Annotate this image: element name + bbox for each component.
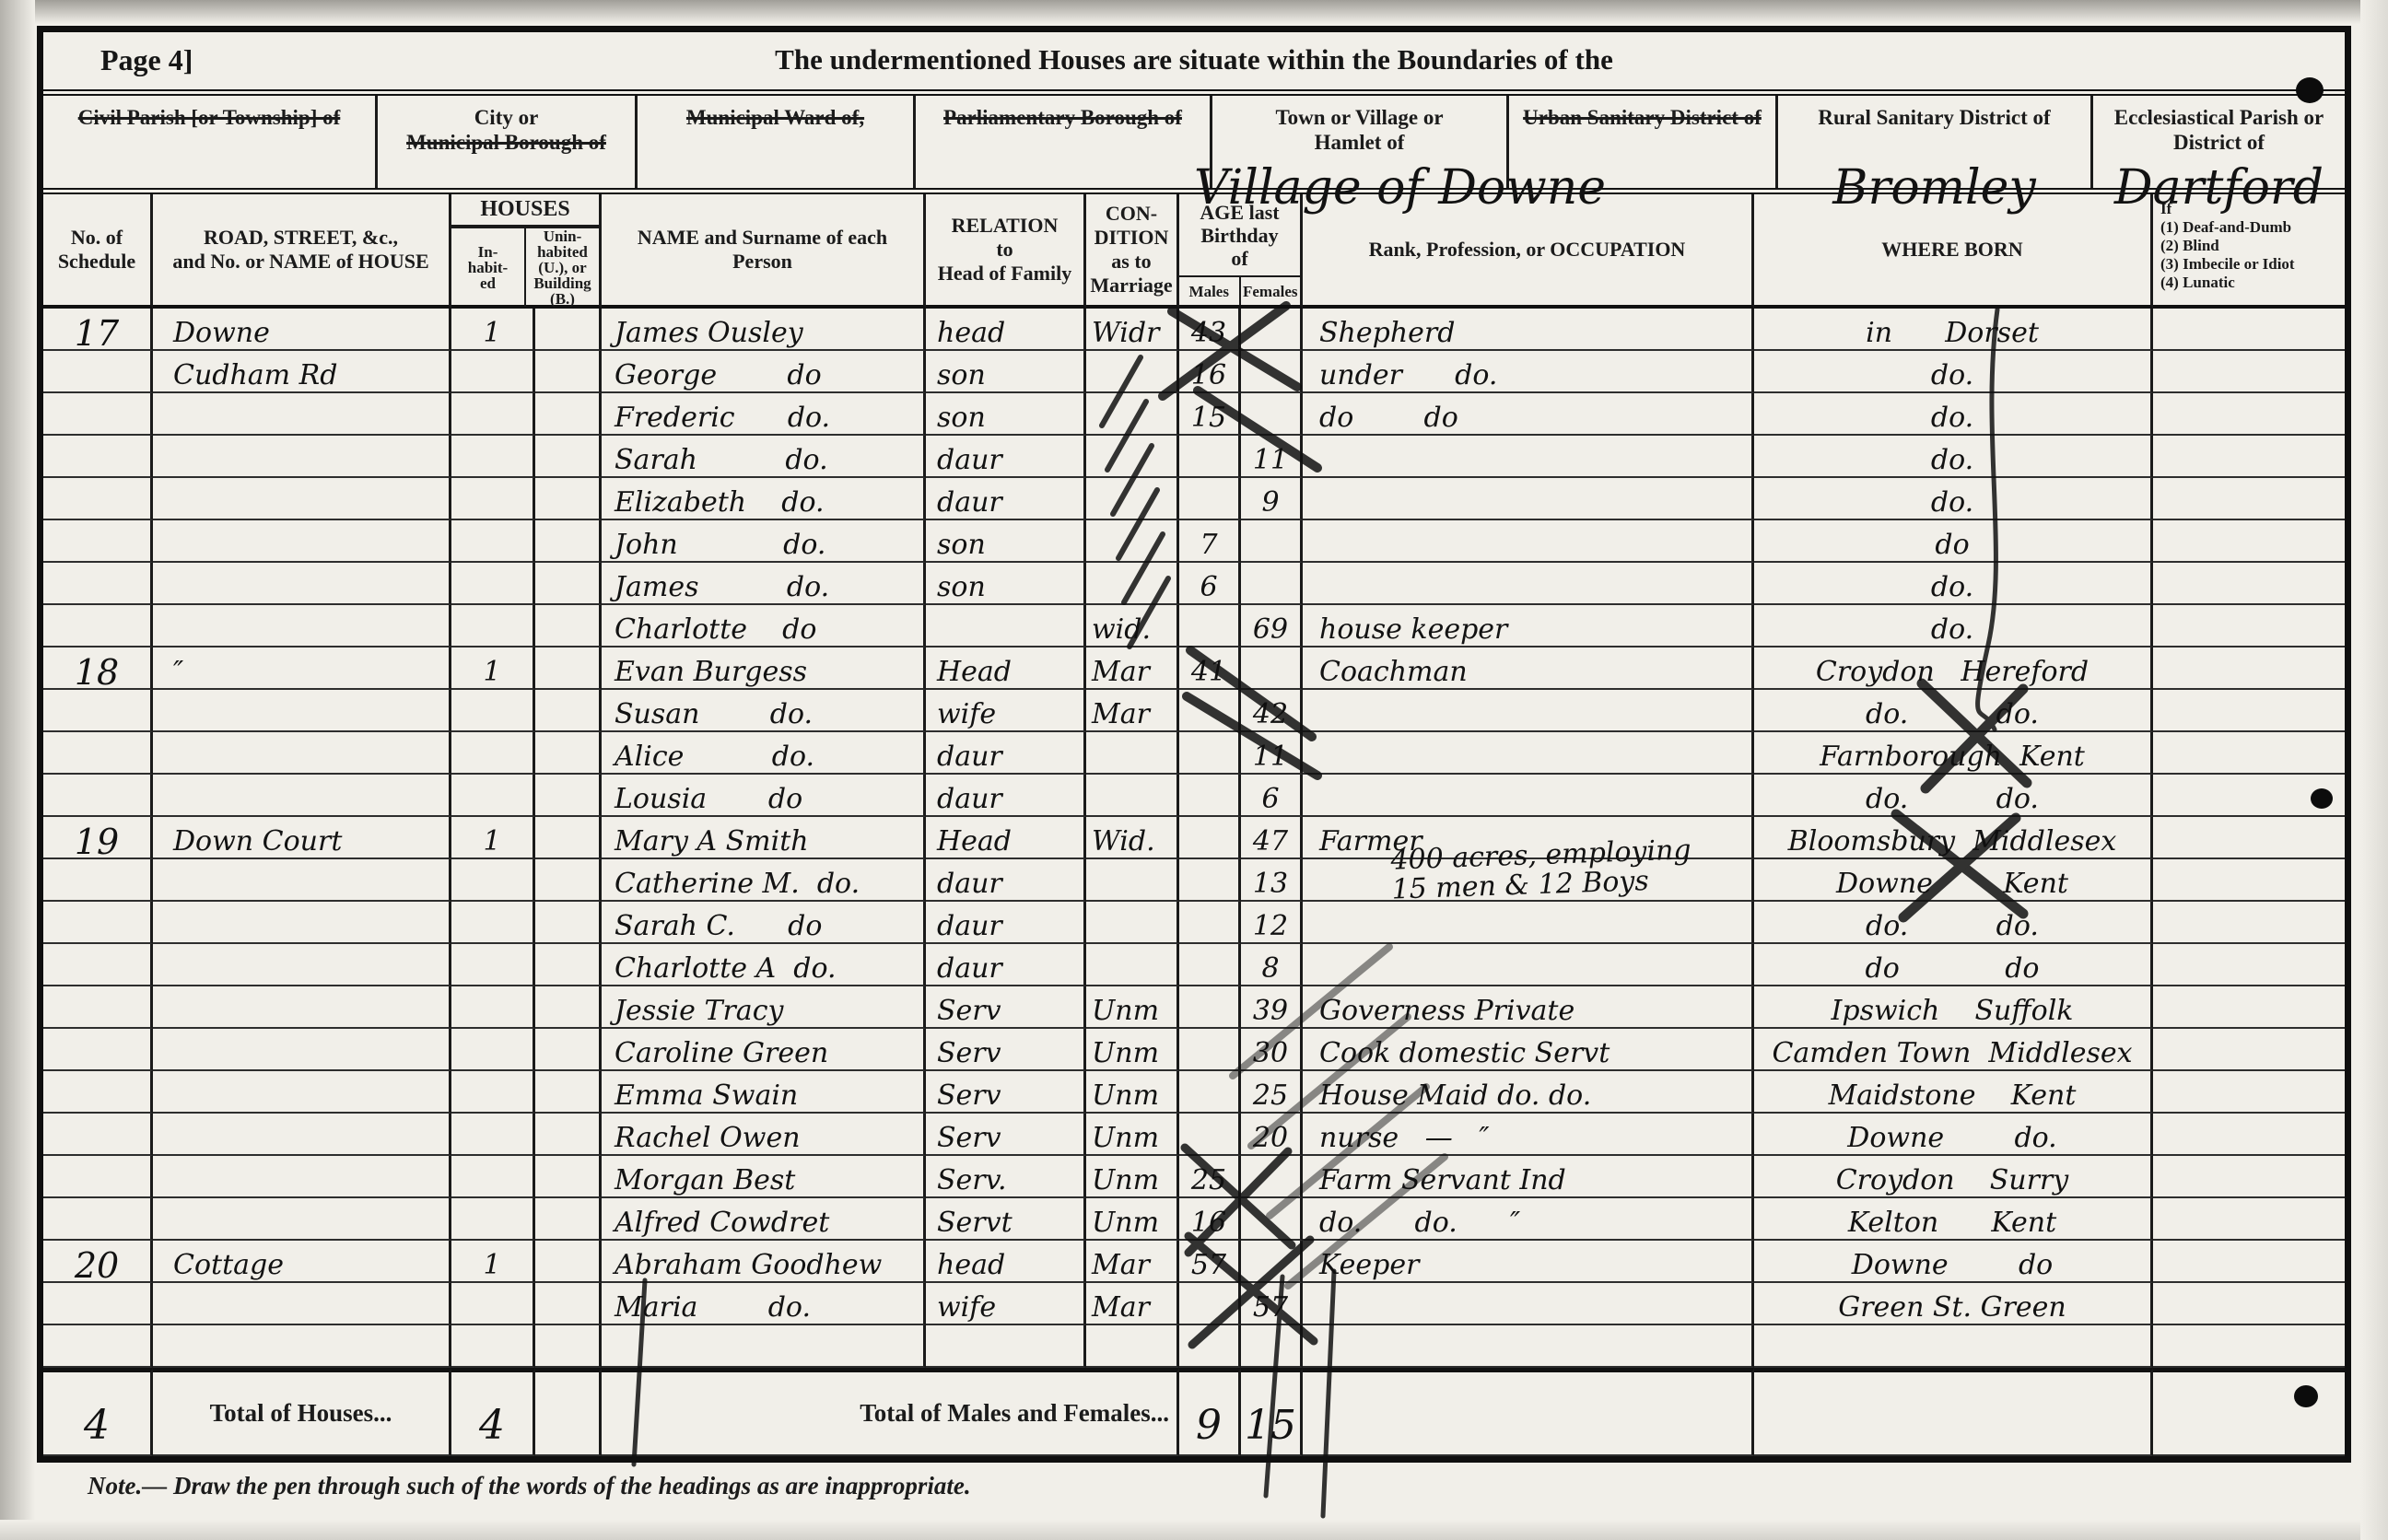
cell-relation: wife — [926, 690, 1086, 732]
cell-infirmity — [2153, 351, 2345, 393]
cell-occupation — [1303, 1283, 1754, 1325]
cell-condition: Widr — [1086, 309, 1179, 351]
cell-relation: Serv. — [926, 1156, 1086, 1198]
cell-infirmity — [2153, 986, 2345, 1029]
cell-occupation — [1303, 1325, 1754, 1368]
cell-name: Charlotte A do. — [602, 944, 926, 986]
cell-uninhabited — [535, 944, 602, 986]
cell-born: do. — [1754, 351, 2153, 393]
cell-condition: Unm — [1086, 1029, 1179, 1071]
cell-road — [153, 902, 451, 944]
cell-occupation — [1303, 944, 1754, 986]
cell-inhabited — [451, 1283, 535, 1325]
cell-females: 12 — [1241, 902, 1303, 944]
cell-females: 13 — [1241, 859, 1303, 902]
cell-inhabited — [451, 732, 535, 775]
cell-schedule — [43, 1156, 153, 1198]
col-header-condition: CON- DITION as to Marriage — [1086, 194, 1179, 309]
cell-condition — [1086, 520, 1179, 563]
cell-road — [153, 732, 451, 775]
cell-females: 57 — [1241, 1283, 1303, 1325]
cell-males: 25 — [1179, 1156, 1241, 1198]
cell-name: Mary A Smith — [602, 817, 926, 859]
col-header-males: Males — [1179, 277, 1241, 305]
cell-schedule — [43, 436, 153, 478]
cell-schedule: 20 — [43, 1241, 153, 1283]
cell-relation: son — [926, 563, 1086, 605]
cell-inhabited — [451, 1325, 535, 1368]
cell-road: Down Court — [153, 817, 451, 859]
cell-road — [153, 393, 451, 436]
totals-occupation-empty — [1303, 1368, 1754, 1456]
cell-inhabited — [451, 563, 535, 605]
cell-occupation: Coachman — [1303, 647, 1754, 690]
totals-infirmity-empty — [2153, 1368, 2345, 1456]
boundary-label: Rural Sanitary District of — [1778, 105, 2090, 130]
cell-infirmity — [2153, 902, 2345, 944]
boundary-label: Hamlet of — [1212, 130, 1506, 155]
cell-road — [153, 1198, 451, 1241]
scan-edge-right — [2360, 0, 2388, 1540]
cell-name: Caroline Green — [602, 1029, 926, 1071]
boundary-label: Town or Village or — [1212, 105, 1506, 130]
cell-inhabited — [451, 1071, 535, 1114]
cell-name — [602, 1325, 926, 1368]
boundary-column: City orMunicipal Borough of — [378, 96, 638, 188]
boundary-header-band: Civil Parish [or Township] ofCity orMuni… — [43, 89, 2345, 194]
cell-road — [153, 1071, 451, 1114]
cell-name: James do. — [602, 563, 926, 605]
cell-inhabited — [451, 944, 535, 986]
cell-born: Croydon Surry — [1754, 1156, 2153, 1198]
form-frame: Page 4] The undermentioned Houses are si… — [37, 26, 2351, 1463]
cell-inhabited — [451, 1198, 535, 1241]
cell-occupation — [1303, 775, 1754, 817]
totals-males-females-label: Total of Males and Females... — [602, 1368, 1179, 1456]
cell-relation: Serv — [926, 1114, 1086, 1156]
cell-males: 6 — [1179, 563, 1241, 605]
cell-condition — [1086, 732, 1179, 775]
cell-males — [1179, 986, 1241, 1029]
cell-road — [153, 1156, 451, 1198]
cell-uninhabited — [535, 478, 602, 520]
cell-born: Maidstone Kent — [1754, 1071, 2153, 1114]
cell-infirmity — [2153, 944, 2345, 986]
cell-males: 43 — [1179, 309, 1241, 351]
cell-occupation — [1303, 563, 1754, 605]
cell-inhabited — [451, 605, 535, 647]
col-header-relation: RELATION to Head of Family — [926, 194, 1086, 309]
cell-relation: Servt — [926, 1198, 1086, 1241]
cell-relation: daur — [926, 902, 1086, 944]
cell-schedule — [43, 393, 153, 436]
cell-inhabited — [451, 859, 535, 902]
cell-inhabited — [451, 436, 535, 478]
col-header-inhabited: In- habit- ed — [451, 228, 526, 307]
cell-females: 6 — [1241, 775, 1303, 817]
cell-occupation — [1303, 478, 1754, 520]
cell-males: 16 — [1179, 1198, 1241, 1241]
cell-infirmity — [2153, 563, 2345, 605]
cell-uninhabited — [535, 563, 602, 605]
boundary-label: Civil Parish [or Township] of — [43, 105, 375, 130]
cell-condition — [1086, 859, 1179, 902]
cell-relation: Serv — [926, 1071, 1086, 1114]
cell-males — [1179, 732, 1241, 775]
cell-occupation: under do. — [1303, 351, 1754, 393]
scan-edge-top — [0, 0, 2388, 24]
cell-infirmity — [2153, 1029, 2345, 1071]
cell-born: do. — [1754, 393, 2153, 436]
cell-males — [1179, 902, 1241, 944]
cell-females — [1241, 1325, 1303, 1368]
col-header-road: ROAD, STREET, &c., and No. or NAME of HO… — [153, 194, 451, 309]
cell-road: ″ — [153, 647, 451, 690]
cell-born: do. — [1754, 563, 2153, 605]
cell-schedule: 19 — [43, 817, 153, 859]
cell-occupation: house keeper — [1303, 605, 1754, 647]
cell-uninhabited — [535, 986, 602, 1029]
cell-females: 11 — [1241, 436, 1303, 478]
totals-houses-value: 4 — [451, 1368, 535, 1456]
cell-occupation — [1303, 520, 1754, 563]
cell-relation: Head — [926, 647, 1086, 690]
cell-relation: son — [926, 520, 1086, 563]
cell-name: Abraham Goodhew — [602, 1241, 926, 1283]
cell-females — [1241, 520, 1303, 563]
cell-road — [153, 986, 451, 1029]
cell-condition — [1086, 351, 1179, 393]
cell-condition: Mar — [1086, 1283, 1179, 1325]
cell-infirmity — [2153, 859, 2345, 902]
cell-schedule — [43, 1114, 153, 1156]
cell-schedule: 17 — [43, 309, 153, 351]
cell-uninhabited — [535, 1325, 602, 1368]
cell-inhabited — [451, 520, 535, 563]
cell-born: do. — [1754, 605, 2153, 647]
cell-inhabited — [451, 775, 535, 817]
cell-uninhabited — [535, 1156, 602, 1198]
boundary-label: Municipal Ward of, — [638, 105, 913, 130]
scan-edge-bottom — [0, 1520, 2388, 1540]
cell-infirmity — [2153, 393, 2345, 436]
boundary-handwritten-value: Village of Downe — [1194, 160, 1525, 216]
cell-condition — [1086, 393, 1179, 436]
houses-group-label: HOUSES — [451, 193, 599, 227]
cell-name: Rachel Owen — [602, 1114, 926, 1156]
col-header-uninhabited: Unin- habited (U.), or Building (B.) — [526, 228, 599, 307]
cell-born: Kelton Kent — [1754, 1198, 2153, 1241]
cell-infirmity — [2153, 605, 2345, 647]
cell-schedule — [43, 563, 153, 605]
cell-relation: wife — [926, 1283, 1086, 1325]
cell-inhabited: 1 — [451, 1241, 535, 1283]
cell-road — [153, 690, 451, 732]
cell-inhabited — [451, 478, 535, 520]
boundary-column: Parliamentary Borough of — [916, 96, 1212, 188]
cell-name: Charlotte do — [602, 605, 926, 647]
boundary-column: Municipal Ward of, — [638, 96, 916, 188]
col-header-schedule: No. of Schedule — [43, 194, 153, 309]
cell-uninhabited — [535, 1114, 602, 1156]
cell-condition: Unm — [1086, 986, 1179, 1029]
cell-condition — [1086, 944, 1179, 986]
cell-females: 47 — [1241, 817, 1303, 859]
cell-inhabited — [451, 1029, 535, 1071]
boundary-label: Ecclesiastical Parish or — [2093, 105, 2345, 130]
cell-schedule — [43, 1071, 153, 1114]
cell-condition: Unm — [1086, 1198, 1179, 1241]
cell-name: Alfred Cowdret — [602, 1198, 926, 1241]
cell-schedule — [43, 1029, 153, 1071]
cell-name: Lousia do — [602, 775, 926, 817]
cell-occupation: do do — [1303, 393, 1754, 436]
cell-uninhabited — [535, 520, 602, 563]
cell-condition: Unm — [1086, 1071, 1179, 1114]
cell-inhabited — [451, 986, 535, 1029]
cell-relation: daur — [926, 859, 1086, 902]
cell-infirmity — [2153, 1283, 2345, 1325]
cell-born: do do — [1754, 944, 2153, 986]
cell-infirmity — [2153, 1114, 2345, 1156]
cell-infirmity — [2153, 647, 2345, 690]
cell-name: Frederic do. — [602, 393, 926, 436]
cell-schedule — [43, 1283, 153, 1325]
cell-males: 7 — [1179, 520, 1241, 563]
scan-edge-left — [0, 0, 35, 1540]
cell-relation: Head — [926, 817, 1086, 859]
cell-relation: daur — [926, 944, 1086, 986]
cell-inhabited — [451, 1114, 535, 1156]
cell-females — [1241, 647, 1303, 690]
boundary-label: City or — [378, 105, 635, 130]
cell-road — [153, 605, 451, 647]
cell-females — [1241, 351, 1303, 393]
cell-infirmity — [2153, 1198, 2345, 1241]
boundary-label: Parliamentary Borough of — [916, 105, 1210, 130]
cell-road — [153, 478, 451, 520]
cell-males: 16 — [1179, 351, 1241, 393]
cell-occupation: House Maid do. do. — [1303, 1071, 1754, 1114]
cell-males — [1179, 944, 1241, 986]
cell-born: Camden Town Middlesex — [1754, 1029, 2153, 1071]
cell-condition — [1086, 478, 1179, 520]
cell-females — [1241, 393, 1303, 436]
cell-occupation — [1303, 690, 1754, 732]
cell-road — [153, 520, 451, 563]
cell-schedule — [43, 351, 153, 393]
census-page-scan: Page 4] The undermentioned Houses are si… — [0, 0, 2388, 1540]
cell-females: 20 — [1241, 1114, 1303, 1156]
cell-uninhabited — [535, 859, 602, 902]
cell-uninhabited — [535, 902, 602, 944]
cell-condition: Unm — [1086, 1114, 1179, 1156]
cell-males — [1179, 1325, 1241, 1368]
cell-females: 11 — [1241, 732, 1303, 775]
cell-condition: Mar — [1086, 1241, 1179, 1283]
cell-born: Downe do. — [1754, 1114, 2153, 1156]
cell-occupation — [1303, 436, 1754, 478]
boundary-handwritten-value: Dartford — [2075, 160, 2363, 216]
cell-road — [153, 1325, 451, 1368]
cell-name: Susan do. — [602, 690, 926, 732]
cell-born: Downe Kent — [1754, 859, 2153, 902]
cell-inhabited: 1 — [451, 647, 535, 690]
cell-females — [1241, 1198, 1303, 1241]
cell-name: Evan Burgess — [602, 647, 926, 690]
cell-name: Sarah do. — [602, 436, 926, 478]
cell-name: Elizabeth do. — [602, 478, 926, 520]
cell-born: Croydon Hereford — [1754, 647, 2153, 690]
cell-infirmity — [2153, 309, 2345, 351]
cell-males: 15 — [1179, 393, 1241, 436]
cell-schedule — [43, 902, 153, 944]
cell-name: Morgan Best — [602, 1156, 926, 1198]
cell-schedule — [43, 775, 153, 817]
cell-born: Ipswich Suffolk — [1754, 986, 2153, 1029]
cell-infirmity — [2153, 732, 2345, 775]
cell-females: 42 — [1241, 690, 1303, 732]
cell-name: Emma Swain — [602, 1071, 926, 1114]
col-header-houses: HOUSES In- habit- ed Unin- habited (U.),… — [451, 194, 602, 309]
cell-born: Bloomsbury Middlesex — [1754, 817, 2153, 859]
occupation-annotation: 400 acres, employing 15 men & 12 Boys — [1390, 835, 1692, 904]
cell-females: 25 — [1241, 1071, 1303, 1114]
cell-males — [1179, 478, 1241, 520]
ink-blot — [2296, 77, 2324, 103]
cell-infirmity — [2153, 1241, 2345, 1283]
cell-condition — [1086, 563, 1179, 605]
cell-schedule — [43, 478, 153, 520]
cell-name: George do — [602, 351, 926, 393]
cell-name: Catherine M. do. — [602, 859, 926, 902]
totals-born-empty — [1754, 1368, 2153, 1456]
cell-relation: daur — [926, 732, 1086, 775]
cell-infirmity — [2153, 436, 2345, 478]
cell-infirmity — [2153, 1071, 2345, 1114]
boundary-handwritten-value: Bromley — [1760, 160, 2109, 216]
cell-road: Cottage — [153, 1241, 451, 1283]
cell-relation: Serv — [926, 986, 1086, 1029]
cell-males — [1179, 605, 1241, 647]
cell-females: 69 — [1241, 605, 1303, 647]
cell-females — [1241, 1241, 1303, 1283]
boundary-label: Municipal Borough of — [378, 130, 635, 155]
cell-condition: Mar — [1086, 690, 1179, 732]
cell-born: in Dorset — [1754, 309, 2153, 351]
cell-occupation: nurse — ″ — [1303, 1114, 1754, 1156]
totals-schedule-tally: 4 — [43, 1368, 153, 1456]
cell-condition: Mar — [1086, 647, 1179, 690]
cell-males — [1179, 690, 1241, 732]
cell-infirmity — [2153, 1156, 2345, 1198]
cell-name: John do. — [602, 520, 926, 563]
cell-females: 30 — [1241, 1029, 1303, 1071]
cell-occupation — [1303, 902, 1754, 944]
footer-note: Note.— Draw the pen through such of the … — [88, 1472, 971, 1500]
boundary-label: District of — [2093, 130, 2345, 155]
cell-born: do — [1754, 520, 2153, 563]
cell-schedule — [43, 1325, 153, 1368]
cell-born: Farnborough Kent — [1754, 732, 2153, 775]
cell-occupation: Governess Private — [1303, 986, 1754, 1029]
cell-occupation: Keeper — [1303, 1241, 1754, 1283]
cell-infirmity — [2153, 1325, 2345, 1368]
cell-occupation — [1303, 732, 1754, 775]
cell-occupation: Shepherd — [1303, 309, 1754, 351]
ink-blot — [2311, 788, 2333, 809]
cell-born — [1754, 1325, 2153, 1368]
col-header-name: NAME and Surname of each Person — [602, 194, 926, 309]
cell-schedule — [43, 690, 153, 732]
cell-uninhabited — [535, 393, 602, 436]
cell-born: do. do. — [1754, 902, 2153, 944]
cell-uninhabited — [535, 1283, 602, 1325]
cell-road — [153, 436, 451, 478]
cell-inhabited — [451, 393, 535, 436]
boundary-column: Rural Sanitary District ofBromley — [1778, 96, 2093, 188]
cell-uninhabited — [535, 817, 602, 859]
cell-name: Maria do. — [602, 1283, 926, 1325]
cell-uninhabited — [535, 309, 602, 351]
cell-relation: son — [926, 351, 1086, 393]
cell-infirmity — [2153, 520, 2345, 563]
cell-schedule — [43, 605, 153, 647]
cell-females — [1241, 563, 1303, 605]
cell-born: do. do. — [1754, 775, 2153, 817]
cell-road — [153, 1114, 451, 1156]
cell-condition — [1086, 902, 1179, 944]
cell-uninhabited — [535, 647, 602, 690]
form-title: The undermentioned Houses are situate wi… — [43, 43, 2345, 76]
cell-inhabited — [451, 1156, 535, 1198]
cell-schedule: 18 — [43, 647, 153, 690]
cell-infirmity — [2153, 478, 2345, 520]
cell-schedule — [43, 1198, 153, 1241]
cell-inhabited — [451, 902, 535, 944]
cell-road — [153, 944, 451, 986]
cell-schedule — [43, 944, 153, 986]
cell-inhabited — [451, 351, 535, 393]
cell-born: Downe do — [1754, 1241, 2153, 1283]
cell-road — [153, 859, 451, 902]
cell-road: Cudham Rd — [153, 351, 451, 393]
cell-relation: Serv — [926, 1029, 1086, 1071]
cell-inhabited — [451, 690, 535, 732]
cell-road — [153, 1029, 451, 1071]
ink-blot — [2294, 1385, 2318, 1407]
cell-females: 9 — [1241, 478, 1303, 520]
cell-relation: daur — [926, 478, 1086, 520]
cell-schedule — [43, 859, 153, 902]
cell-relation: daur — [926, 436, 1086, 478]
boundary-column: Town or Village orHamlet ofVillage of Do… — [1212, 96, 1509, 188]
totals-uninhabited-empty — [535, 1368, 602, 1456]
col-header-females: Females — [1241, 277, 1301, 305]
cell-males — [1179, 1029, 1241, 1071]
cell-uninhabited — [535, 1198, 602, 1241]
cell-uninhabited — [535, 732, 602, 775]
cell-relation: son — [926, 393, 1086, 436]
cell-females — [1241, 1156, 1303, 1198]
cell-infirmity — [2153, 690, 2345, 732]
cell-infirmity — [2153, 817, 2345, 859]
cell-occupation: Farm Servant Ind — [1303, 1156, 1754, 1198]
cell-name: James Ousley — [602, 309, 926, 351]
cell-relation — [926, 1325, 1086, 1368]
cell-uninhabited — [535, 1029, 602, 1071]
cell-schedule — [43, 732, 153, 775]
